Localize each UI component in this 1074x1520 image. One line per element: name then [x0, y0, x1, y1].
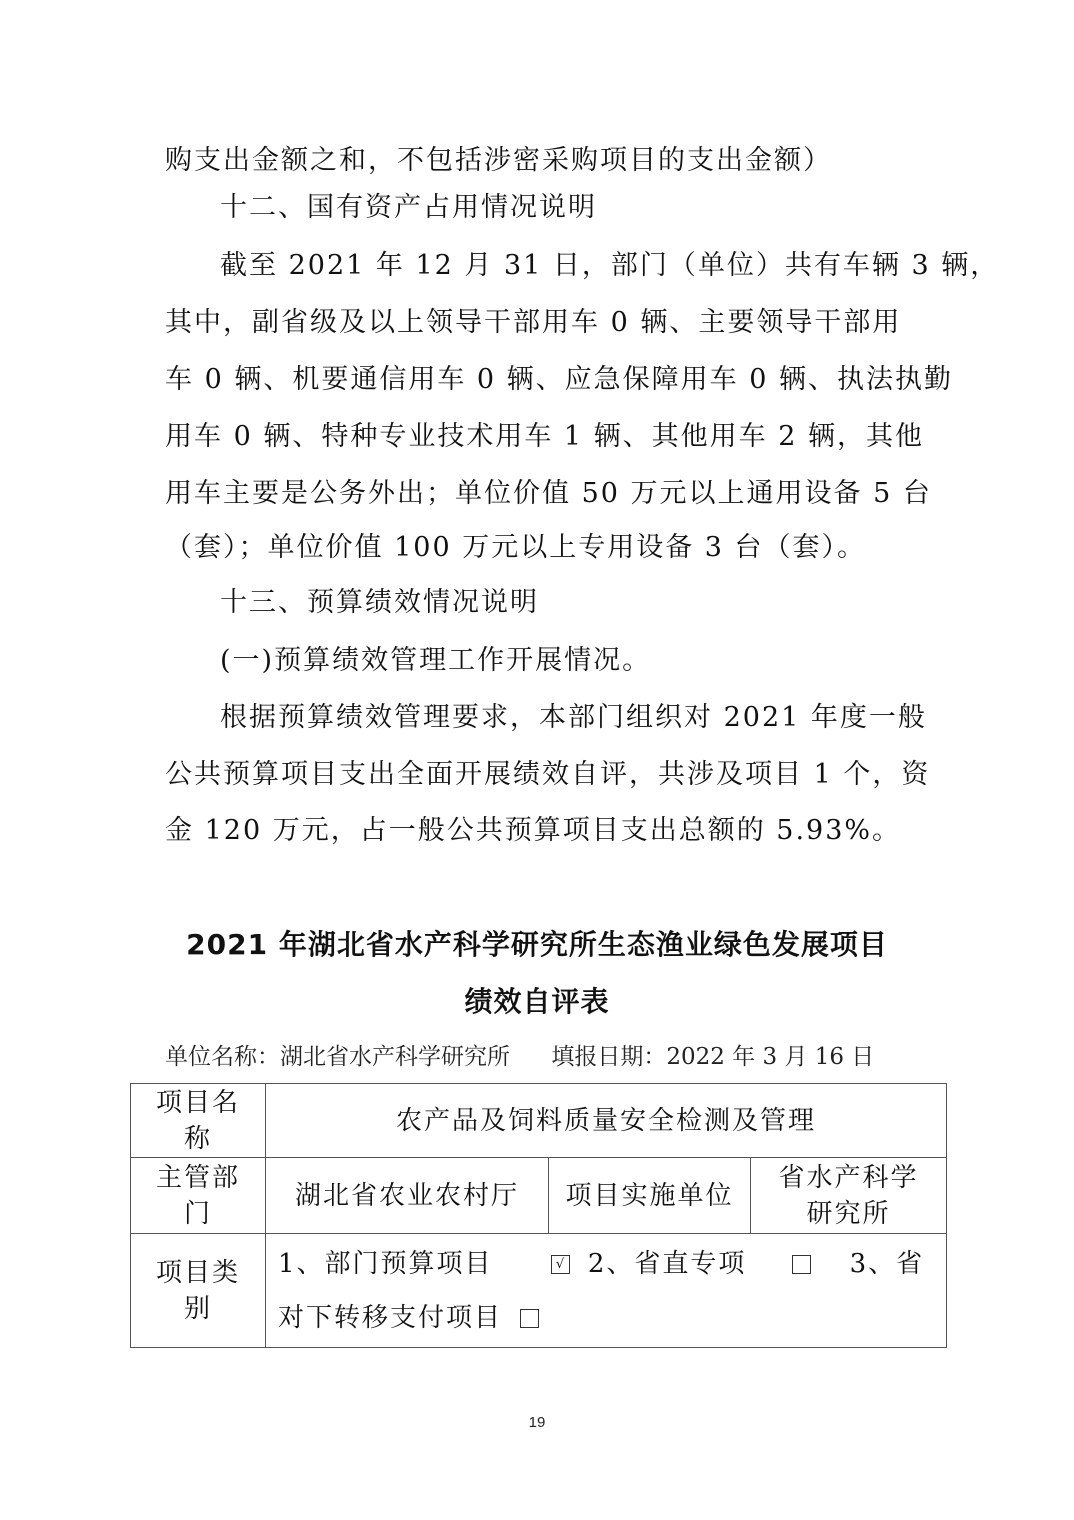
impl-value: 省水产科学研究所	[751, 1158, 947, 1234]
section-heading-13: 十三、预算绩效情况说明	[220, 585, 970, 621]
table-row: 项目类别 1、部门预算项目√ 2、省直专项 3、省对下转移支付项目	[131, 1234, 947, 1348]
paragraph-line: 公共预算项目支出全面开展绩效自评，共涉及项目 1 个，资	[165, 757, 915, 793]
section-heading-12: 十二、国有资产占用情况说明	[220, 190, 970, 226]
paragraph-line: 截至 2021 年 12 月 31 日，部门（单位）共有车辆 3 辆，	[220, 248, 970, 284]
unit-name: 单位名称：湖北省水产科学研究所	[165, 1044, 510, 1070]
impl-label: 项目实施单位	[549, 1158, 751, 1234]
subsection-heading: (一)预算绩效管理工作开展情况。	[220, 643, 970, 679]
category-label: 项目类别	[131, 1234, 266, 1348]
paragraph-line: 金 120 万元，占一般公共预算项目支出总额的 5.93%。	[165, 813, 915, 849]
project-name-label: 项目名称	[131, 1084, 266, 1158]
table-row: 主管部门 湖北省农业农村厅 项目实施单位 省水产科学研究所	[131, 1158, 947, 1234]
dept-label: 主管部门	[131, 1158, 266, 1234]
fill-date: 填报日期：2022 年 3 月 16 日	[551, 1044, 874, 1070]
paragraph-line: （套）；单位价值 100 万元以上专用设备 3 台（套）。	[165, 530, 915, 566]
paragraph-line: 其中，副省级及以上领导干部用车 0 辆、主要领导干部用	[165, 305, 915, 341]
paragraph-line: 用车主要是公务外出；单位价值 50 万元以上通用设备 5 台	[165, 476, 915, 512]
paragraph-line: 用车 0 辆、特种专业技术用车 1 辆、其他用车 2 辆，其他	[165, 419, 915, 455]
project-name-value: 农产品及饲料质量安全检测及管理	[266, 1084, 947, 1158]
paragraph-line: 车 0 辆、机要通信用车 0 辆、应急保障用车 0 辆、执法执勤	[165, 362, 915, 398]
form-title: 2021 年湖北省水产科学研究所生态渔业绿色发展项目	[0, 923, 1074, 963]
evaluation-table: 项目名称 农产品及饲料质量安全检测及管理 主管部门 湖北省农业农村厅 项目实施单…	[130, 1083, 947, 1348]
paragraph-line: 根据预算绩效管理要求，本部门组织对 2021 年度一般	[220, 700, 970, 736]
checkbox-unchecked[interactable]	[520, 1309, 539, 1328]
category-options: 1、部门预算项目√ 2、省直专项 3、省对下转移支付项目	[266, 1234, 947, 1348]
dept-value: 湖北省农业农村厅	[266, 1158, 549, 1234]
page-number: 19	[0, 1414, 1074, 1431]
paragraph-line: 购支出金额之和，不包括涉密采购项目的支出金额）	[165, 143, 915, 179]
form-subtitle: 绩效自评表	[0, 980, 1074, 1020]
form-meta: 单位名称：湖北省水产科学研究所 填报日期：2022 年 3 月 16 日	[165, 1038, 874, 1071]
category-option-label: 2、省直专项	[588, 1249, 747, 1279]
checkbox-checked[interactable]: √	[551, 1255, 570, 1274]
table-row: 项目名称 农产品及饲料质量安全检测及管理	[131, 1084, 947, 1158]
category-option-label: 1、部门预算项目	[278, 1249, 493, 1279]
checkbox-unchecked[interactable]	[792, 1255, 811, 1274]
